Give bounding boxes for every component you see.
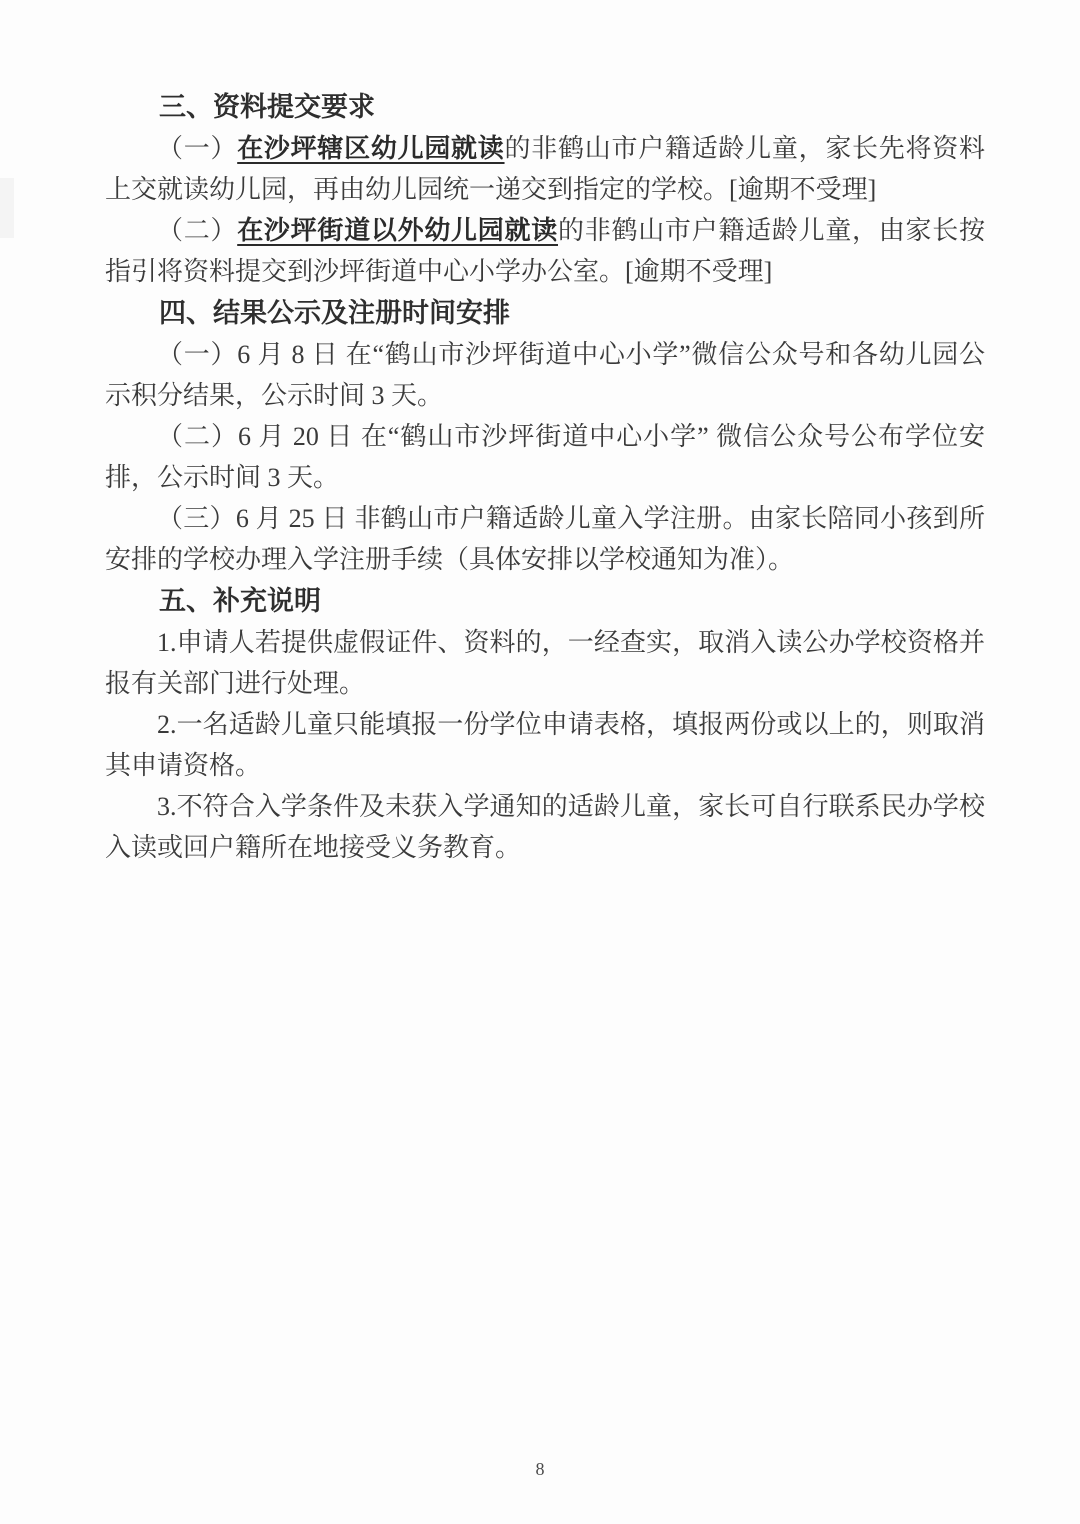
text-run: 2.一名适龄儿童只能填报一份学位申请表格，填报两份或以上的，则取消其申请资格。 — [105, 710, 985, 780]
text-run: （二） — [157, 216, 237, 245]
emphasis-run: 在沙坪街道以外幼儿园就读 — [237, 216, 558, 245]
page-footer: 8 — [0, 1459, 1080, 1480]
paragraph: 1.申请人若提供虚假证件、资料的，一经查实，取消入读公办学校资格并报有关部门进行… — [105, 622, 985, 704]
text-run: （二）6 月 20 日 在“鹤山市沙坪街道中心小学” 微信公众号公布学位安排，公… — [105, 422, 985, 492]
paragraph: 3.不符合入学条件及未获入学通知的适龄儿童，家长可自行联系民办学校入读或回户籍所… — [105, 786, 985, 868]
paragraph: （一）在沙坪辖区幼儿园就读的非鹤山市户籍适龄儿童，家长先将资料上交就读幼儿园，再… — [105, 128, 985, 210]
paragraph: （三）6 月 25 日 非鹤山市户籍适龄儿童入学注册。由家长陪同小孩到所安排的学… — [105, 498, 985, 580]
paragraph: 2.一名适龄儿童只能填报一份学位申请表格，填报两份或以上的，则取消其申请资格。 — [105, 704, 985, 786]
text-run: 3.不符合入学条件及未获入学通知的适龄儿童，家长可自行联系民办学校入读或回户籍所… — [105, 792, 985, 862]
section-heading-material-submission: 三、资料提交要求 — [105, 86, 985, 128]
section-heading-result-publication-schedule: 四、结果公示及注册时间安排 — [105, 292, 985, 334]
emphasis-run: 在沙坪辖区幼儿园就读 — [237, 134, 504, 163]
paragraph: （二）在沙坪街道以外幼儿园就读的非鹤山市户籍适龄儿童，由家长按指引将资料提交到沙… — [105, 210, 985, 292]
scan-artifact — [0, 178, 14, 238]
paragraph: （二）6 月 20 日 在“鹤山市沙坪街道中心小学” 微信公众号公布学位安排，公… — [105, 416, 985, 498]
text-run: （三）6 月 25 日 非鹤山市户籍适龄儿童入学注册。由家长陪同小孩到所安排的学… — [105, 504, 985, 574]
section-heading-supplementary-notes: 五、补充说明 — [105, 580, 985, 622]
page-number: 8 — [536, 1459, 545, 1479]
document-page: 三、资料提交要求（一）在沙坪辖区幼儿园就读的非鹤山市户籍适龄儿童，家长先将资料上… — [0, 0, 1080, 1524]
paragraph: （一）6 月 8 日 在“鹤山市沙坪街道中心小学”微信公众号和各幼儿园公示积分结… — [105, 334, 985, 416]
text-run: （一） — [157, 134, 237, 163]
document-content: 三、资料提交要求（一）在沙坪辖区幼儿园就读的非鹤山市户籍适龄儿童，家长先将资料上… — [105, 86, 985, 868]
text-run: （一）6 月 8 日 在“鹤山市沙坪街道中心小学”微信公众号和各幼儿园公示积分结… — [105, 340, 985, 410]
text-run: 1.申请人若提供虚假证件、资料的，一经查实，取消入读公办学校资格并报有关部门进行… — [105, 628, 985, 698]
